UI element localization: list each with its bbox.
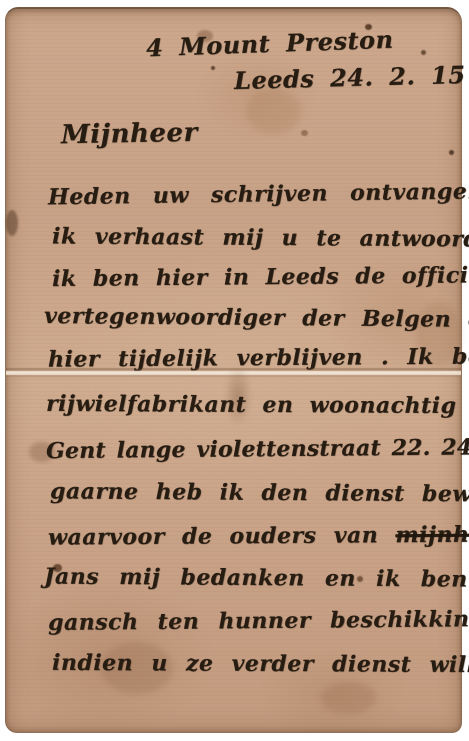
letter-line: gaarne heb ik den dienst bewezen bbox=[50, 478, 469, 507]
ink-speck-stain bbox=[421, 50, 426, 55]
ink-speck-stain bbox=[449, 150, 454, 155]
letter-line: ik verhaast mij u te antwoorden bbox=[52, 223, 469, 252]
soft-blotch-stain bbox=[246, 89, 301, 134]
soft-blotch-stain bbox=[321, 682, 376, 714]
letter-line: waarvoor de ouders van mijnheer bbox=[48, 521, 469, 550]
paper-stain bbox=[301, 130, 308, 136]
letter-line: rijwielfabrikant en woonachtig te bbox=[46, 391, 469, 419]
letter-line: Gent lange violettenstraat 22. 24. 26. bbox=[46, 434, 469, 464]
letter-paper: 4 Mount Preston Leeds 24. 2. 15 Mijnheer… bbox=[5, 7, 462, 733]
letter-line: vertegenwoordiger der Belgen die bbox=[44, 303, 469, 333]
edge-smudge-stain bbox=[6, 210, 18, 236]
address-line: 4 Mount Preston bbox=[146, 25, 394, 63]
letter-line: ik ben hier in Leeds de officieele bbox=[52, 262, 469, 292]
scan-background: 4 Mount Preston Leeds 24. 2. 15 Mijnheer… bbox=[0, 0, 469, 741]
letter-line: Jans mij bedanken en ik ben bbox=[44, 564, 468, 593]
letter-line: Heden uw schrijven ontvangen — bbox=[48, 178, 469, 211]
letter-line-text: waarvoor de ouders van bbox=[48, 522, 396, 550]
letter-line: gansch ten hunner beschikking bbox=[48, 606, 469, 636]
ink-speck-stain bbox=[211, 66, 215, 70]
letter-line: indien u ze verder dienst willen bbox=[52, 650, 469, 678]
crossed-out-word: mijnheer bbox=[395, 521, 469, 548]
date-line: Leeds 24. 2. 15 bbox=[234, 60, 466, 95]
salutation: Mijnheer bbox=[61, 118, 198, 150]
